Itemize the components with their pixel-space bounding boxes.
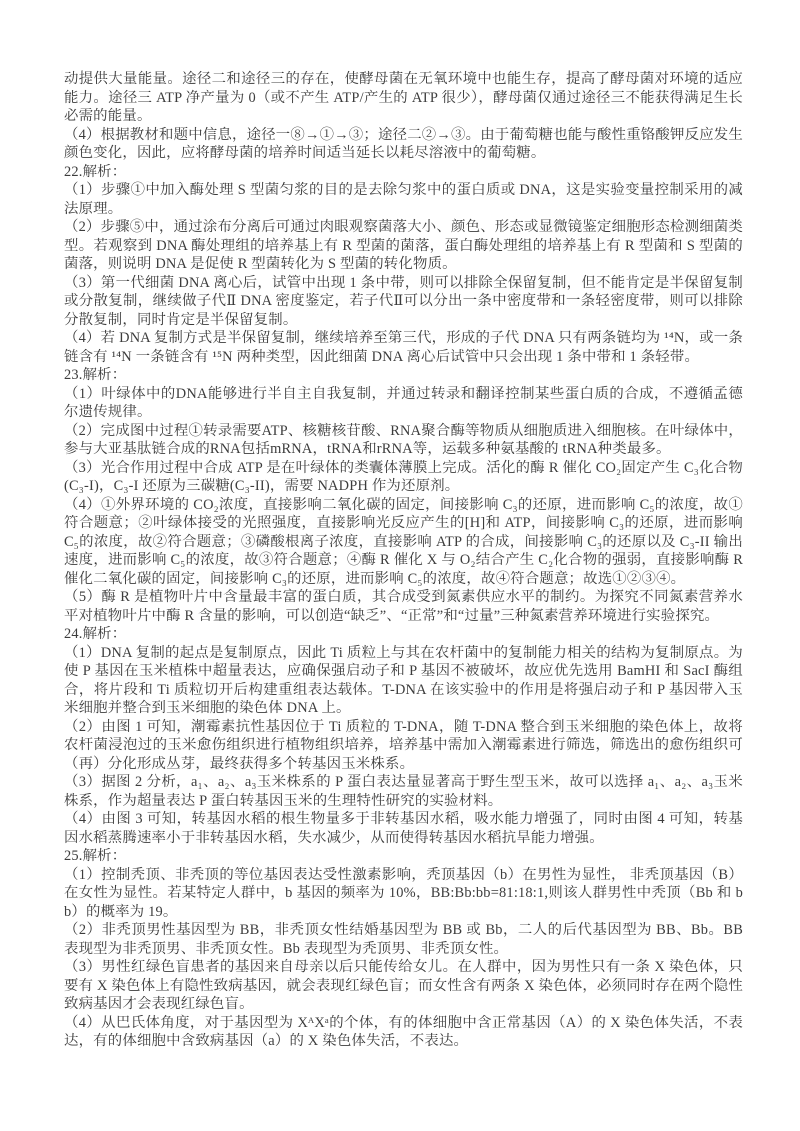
answer-paragraph: 动提供大量能量。途径二和途径三的存在，使酵母菌在无氧环境中也能生存，提高了酵母菌… xyxy=(64,70,743,126)
answer-paragraph: （2）非秃顶男性基因型为 BB，非秃顶女性结婚基因型为 BB 或 Bb，二人的后… xyxy=(64,921,743,958)
answer-paragraph: （4）①外界环境的 CO₂浓度，直接影响二氧化碳的固定，间接影响 C₃的还原，进… xyxy=(64,496,743,589)
answer-paragraph: （3）光合作用过程中合成 ATP 是在叶绿体的类囊体薄膜上完成。活化的酶 R 催… xyxy=(64,459,743,496)
section-question-24: 24.解析： （1）DNA 复制的起点是复制原点，因此 Ti 质粒上与其在农杆菌… xyxy=(64,625,743,847)
answer-paragraph: （4）根据教材和题中信息，途径一⑧→①→③；途径二②→③。由于葡萄糖也能与酸性重… xyxy=(64,126,743,163)
answer-paragraph: （5）酶 R 是植物叶片中含量最丰富的蛋白质，其合成受到氮素供应水平的制约。为探… xyxy=(64,588,743,625)
section-question-25: 25.解析： （1）控制秃顶、非秃顶的等位基因表达受性激素影响，秃顶基因（b）在… xyxy=(64,847,743,1051)
answer-paragraph: （2）由图 1 可知，潮霉素抗性基因位于 Ti 质粒的 T-DNA，随 T-DN… xyxy=(64,718,743,774)
question-23-heading: 23.解析： xyxy=(64,366,743,385)
answer-paragraph: （4）若 DNA 复制方式是半保留复制，继续培养至第三代，形成的子代 DNA 只… xyxy=(64,329,743,366)
answer-paragraph: （3）第一代细菌 DNA 离心后，试管中出现 1 条中带，则可以排除全保留复制，… xyxy=(64,274,743,330)
question-25-heading: 25.解析： xyxy=(64,847,743,866)
section-question-23: 23.解析： （1）叶绿体中的DNA能够进行半自主自我复制，并通过转录和翻译控制… xyxy=(64,366,743,625)
answer-paragraph: （3）男性红绿色盲患者的基因来自母亲以后只能传给女儿。在人群中，因为男性只有一条… xyxy=(64,958,743,1014)
answer-paragraph: （1）DNA 复制的起点是复制原点，因此 Ti 质粒上与其在农杆菌中的复制能力相… xyxy=(64,644,743,718)
answer-paragraph: （1）步骤①中加入酶处理 S 型菌匀浆的目的是去除匀浆中的蛋白质或 DNA，这是… xyxy=(64,181,743,218)
answer-paragraph: （2）步骤⑤中，通过涂布分离后可通过肉眼观察菌落大小、颜色、形态或显微镜鉴定细胞… xyxy=(64,218,743,274)
answer-paragraph: （1）控制秃顶、非秃顶的等位基因表达受性激素影响，秃顶基因（b）在男性为显性， … xyxy=(64,866,743,922)
section-question-22: 22.解析： （1）步骤①中加入酶处理 S 型菌匀浆的目的是去除匀浆中的蛋白质或… xyxy=(64,163,743,367)
answer-paragraph: （1）叶绿体中的DNA能够进行半自主自我复制，并通过转录和翻译控制某些蛋白质的合… xyxy=(64,385,743,422)
answer-paragraph: （4）从巴氏体角度，对于基因型为 XᴬXᵃ的个体，有的体细胞中含正常基因（A）的… xyxy=(64,1014,743,1051)
answer-paragraph: （3）据图 2 分析，a₁、a₂、a₃玉米株系的 P 蛋白表达量显著高于野生型玉… xyxy=(64,773,743,810)
answer-key-page: 动提供大量能量。途径二和途径三的存在，使酵母菌在无氧环境中也能生存，提高了酵母菌… xyxy=(64,70,743,1051)
question-22-heading: 22.解析： xyxy=(64,163,743,182)
answer-paragraph: （4）由图 3 可知，转基因水稻的根生物量多于非转基因水稻，吸水能力增强了，同时… xyxy=(64,810,743,847)
answer-paragraph: （2）完成图中过程①转录需要ATP、核糖核苷酸、RNA聚合酶等物质从细胞质进入细… xyxy=(64,422,743,459)
question-24-heading: 24.解析： xyxy=(64,625,743,644)
section-question-21-continuation: 动提供大量能量。途径二和途径三的存在，使酵母菌在无氧环境中也能生存，提高了酵母菌… xyxy=(64,70,743,163)
